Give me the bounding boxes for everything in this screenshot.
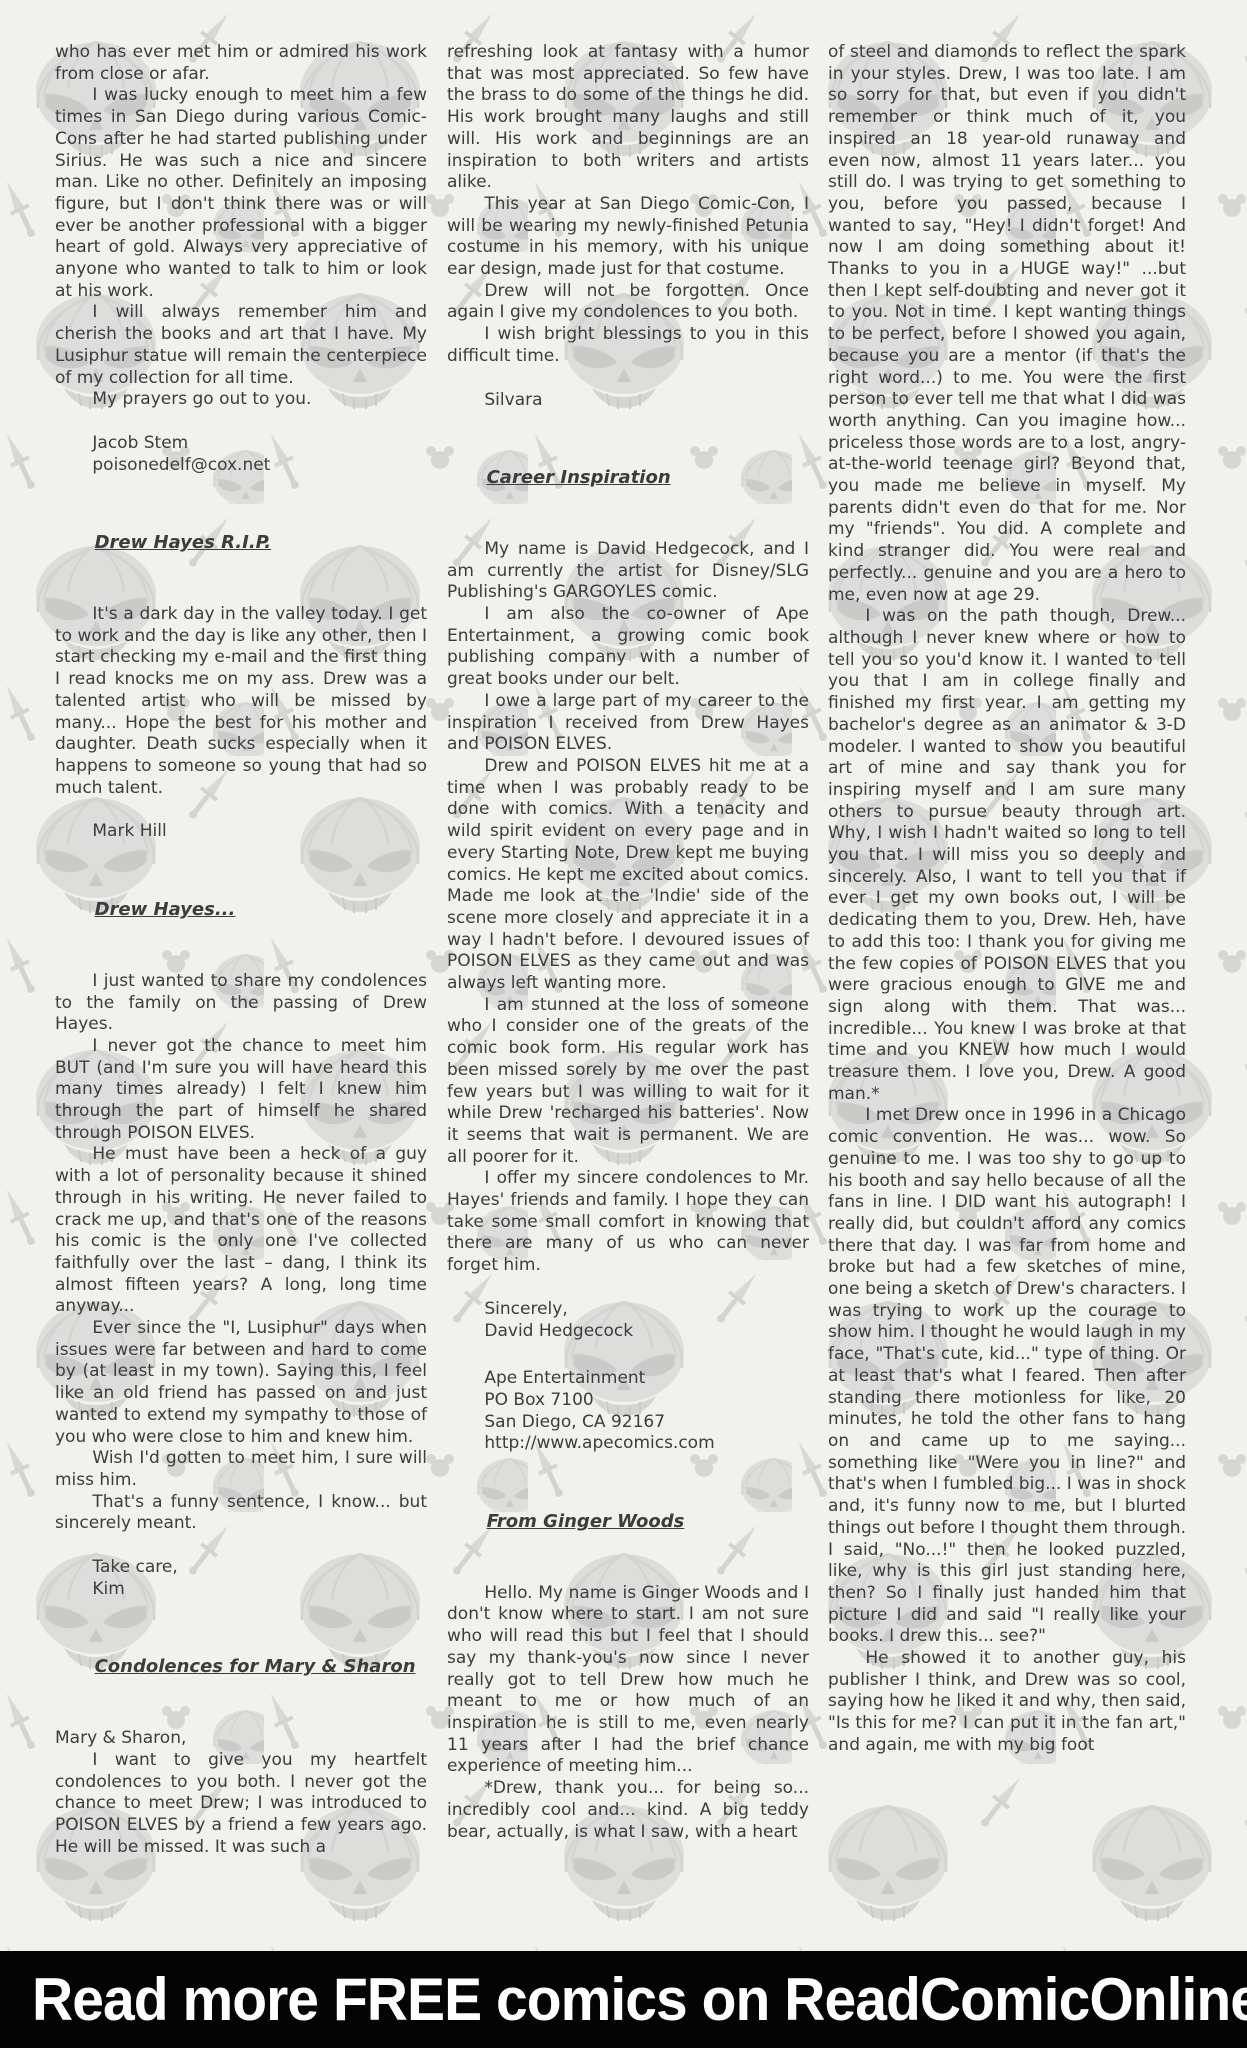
letter-paragraph: That's a funny sentence, I know... but s… bbox=[55, 1492, 427, 1535]
letter-paragraph: *Drew, thank you... for being so... incr… bbox=[447, 1778, 809, 1843]
letter-paragraph: He showed it to another guy, his publish… bbox=[828, 1648, 1186, 1757]
letter-paragraph: I was on the path though, Drew... althou… bbox=[828, 606, 1186, 1105]
letter-heading: Drew Hayes... bbox=[95, 899, 427, 921]
letter-heading: Condolences for Mary & Sharon bbox=[95, 1656, 427, 1678]
letter-paragraph: who has ever met him or admired his work… bbox=[55, 42, 427, 85]
letter-paragraph: I met Drew once in 1996 in a Chicago com… bbox=[828, 1105, 1186, 1648]
letter-paragraph: This year at San Diego Comic-Con, I will… bbox=[447, 194, 809, 281]
banner-text: Read more FREE comics on ReadComicOnline bbox=[32, 1965, 1247, 2034]
letter-paragraph: I wish bright blessings to you in this d… bbox=[447, 324, 809, 367]
signature-block: Mark Hill bbox=[92, 821, 427, 843]
letter-paragraph: Drew will not be forgotten. Once again I… bbox=[447, 281, 809, 324]
letter-paragraph: Drew and POISON ELVES hit me at a time w… bbox=[447, 756, 809, 995]
letter-paragraph: I want to give you my heartfelt condolen… bbox=[55, 1750, 427, 1859]
letters-column-2: refreshing look at fantasy with a humor … bbox=[447, 42, 809, 1843]
letter-paragraph: Mary & Sharon, bbox=[55, 1728, 427, 1750]
signature-block: Sincerely, David Hedgecock bbox=[484, 1299, 809, 1342]
letter-paragraph: My prayers go out to you. bbox=[55, 389, 427, 411]
letter-paragraph: refreshing look at fantasy with a humor … bbox=[447, 42, 809, 194]
letters-column-1: who has ever met him or admired his work… bbox=[55, 42, 427, 1858]
letter-paragraph: I am stunned at the loss of someone who … bbox=[447, 995, 809, 1169]
letter-paragraph: My name is David Hedgecock, and I am cur… bbox=[447, 539, 809, 604]
letter-paragraph: I never got the chance to meet him BUT (… bbox=[55, 1036, 427, 1145]
letter-paragraph: of steel and diamonds to reflect the spa… bbox=[828, 42, 1186, 606]
letter-heading: From Ginger Woods bbox=[487, 1511, 809, 1533]
letter-heading: Career Inspiration bbox=[487, 467, 809, 489]
letter-paragraph: I offer my sincere condolences to Mr. Ha… bbox=[447, 1168, 809, 1277]
signature-block: Jacob Stem poisonedelf@cox.net bbox=[92, 433, 427, 476]
letter-paragraph: Wish I'd gotten to meet him, I sure will… bbox=[55, 1448, 427, 1491]
letter-paragraph: I was lucky enough to meet him a few tim… bbox=[55, 85, 427, 302]
letter-paragraph: I am also the co-owner of Ape Entertainm… bbox=[447, 604, 809, 691]
signature-block: Silvara bbox=[484, 390, 809, 412]
signature-block: Take care, Kim bbox=[92, 1557, 427, 1600]
letter-paragraph: Hello. My name is Ginger Woods and I don… bbox=[447, 1583, 809, 1778]
letter-paragraph: I will always remember him and cherish t… bbox=[55, 302, 427, 389]
letter-paragraph: It's a dark day in the valley today. I g… bbox=[55, 604, 427, 799]
readcomiconline-banner-link[interactable]: Read more FREE comics on ReadComicOnline bbox=[0, 1951, 1247, 2048]
letter-paragraph: He must have been a heck of a guy with a… bbox=[55, 1144, 427, 1318]
letter-paragraph: I just wanted to share my condolences to… bbox=[55, 971, 427, 1036]
letters-column-3: of steel and diamonds to reflect the spa… bbox=[828, 42, 1186, 1757]
letter-heading: Drew Hayes R.I.P. bbox=[95, 532, 427, 554]
signature-block: Ape Entertainment PO Box 7100 San Diego,… bbox=[484, 1368, 809, 1455]
letter-paragraph: I owe a large part of my career to the i… bbox=[447, 691, 809, 756]
letter-paragraph: Ever since the "I, Lusiphur" days when i… bbox=[55, 1318, 427, 1448]
comic-letters-page: who has ever met him or admired his work… bbox=[0, 0, 1247, 2048]
